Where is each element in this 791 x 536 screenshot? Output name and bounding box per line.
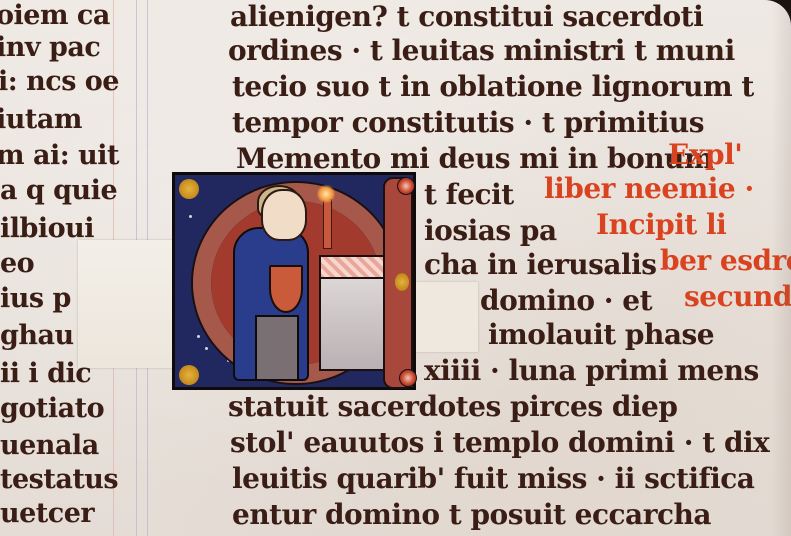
text-line: Memento mi deus mi in bonum	[236, 142, 713, 175]
text-line: eo	[0, 248, 34, 279]
text-line: ii i dic	[0, 358, 91, 389]
text-line: xiiii · luna primi mens	[424, 354, 759, 387]
text-line: domino · et	[480, 284, 652, 317]
historiated-initial	[172, 172, 416, 390]
priest-head	[261, 189, 307, 241]
text-line: iutam	[0, 104, 82, 135]
text-line: leuitis quarib' fuit miss · ii sctifica	[232, 462, 754, 495]
text-line: testatus	[0, 464, 118, 495]
text-line: gotiato	[0, 393, 104, 424]
text-line: ghau	[0, 320, 74, 351]
rubric-line: liber neemie ·	[544, 172, 754, 205]
candle-flame	[317, 185, 335, 203]
gold-ornament	[395, 273, 409, 291]
text-line: inv pac	[0, 32, 100, 63]
text-line: tempor constitutis · t primitius	[232, 106, 704, 139]
text-line: ordines · t leuitas ministri t muni	[228, 34, 735, 67]
rubric-line: Incipit li	[596, 208, 726, 241]
vessel	[269, 265, 303, 313]
text-line: stol' eauutos i templo domini · t dix	[230, 426, 769, 459]
rubric-line: Expl'	[668, 138, 742, 171]
rubric-line: secundus	[684, 280, 791, 313]
parchment-repair-patch	[78, 240, 180, 368]
candle	[323, 199, 332, 249]
text-line: i: ncs oe	[0, 66, 119, 97]
text-line: tecio suo t in oblatione lignorum t	[232, 70, 754, 103]
text-line: uenala	[0, 430, 99, 461]
text-line: ilbioui	[0, 213, 94, 244]
red-knob-ornament	[397, 177, 415, 195]
priest-tunic	[255, 315, 299, 381]
text-line: statuit sacerdotes pirces diep	[228, 390, 677, 423]
text-line: alienigen? t constitui sacerdoti	[230, 0, 703, 33]
text-line: a q quie	[0, 175, 117, 206]
text-line: cha in ierusalis	[424, 248, 657, 281]
text-line: imolauit phase	[488, 318, 714, 351]
text-line: oiem ca	[0, 0, 110, 31]
text-line: uetcer	[0, 498, 94, 529]
manuscript-page: oiem ca inv pac i: ncs oe iutam m ai: ui…	[0, 0, 791, 536]
red-knob-ornament	[399, 369, 417, 387]
text-line: iosias pa	[424, 214, 557, 247]
text-line: m ai: uit	[0, 140, 119, 171]
parchment-repair-patch-right	[412, 282, 478, 352]
text-line: ius p	[0, 283, 71, 314]
rubric-line: ber esdre	[660, 244, 791, 277]
gold-disc-ornament	[179, 365, 199, 385]
text-line: t fecit	[424, 178, 514, 211]
text-line: entur domino t posuit eccarcha	[232, 498, 711, 531]
gold-disc-ornament	[179, 179, 199, 199]
